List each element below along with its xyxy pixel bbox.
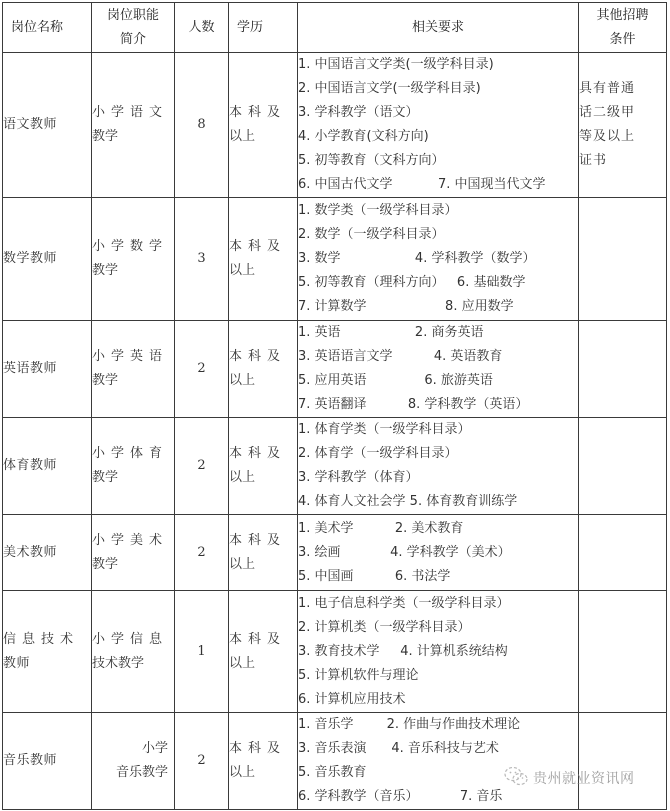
education: 本科及 以上 — [229, 198, 298, 321]
requirements: 1. 数学类（一级学科目录） 2. 数学（一级学科目录） 3. 数学 4. 学科… — [298, 198, 579, 321]
other-conditions — [579, 321, 667, 418]
function-line2: 技术教学 — [92, 652, 174, 676]
function-line1: 小学美术 — [92, 529, 174, 553]
function-line1: 小学信息 — [92, 628, 174, 652]
education-line1: 本科及 — [229, 529, 297, 553]
requirements: 1. 音乐学 2. 作曲与作曲技术理论 3. 音乐表演 4. 音乐科技与艺术 5… — [298, 713, 579, 810]
education-line2: 以上 — [229, 553, 297, 577]
other-condition-line: 等及以上 — [579, 125, 666, 149]
requirement-item: 3. 学科教学（体育） — [298, 466, 578, 490]
other-conditions — [579, 515, 667, 591]
requirements: 1. 英语 2. 商务英语 3. 英语语言文学 4. 英语教育 5. 应用英语 … — [298, 321, 579, 418]
requirement-item: 5. 中国画 6. 书法学 — [298, 565, 578, 589]
requirement-item: 2. 计算机类（一级学科目录） — [298, 616, 578, 640]
requirement-item: 2. 数学（一级学科目录） — [298, 223, 578, 247]
requirement-item: 6. 计算机应用技术 — [298, 688, 578, 712]
education-line1: 本科及 — [229, 737, 297, 761]
position-function: 小学体育 教学 — [92, 418, 175, 515]
position-name: 英语教师 — [3, 321, 92, 418]
other-conditions — [579, 591, 667, 713]
requirement-item: 1. 体育学类（一级学科目录） — [298, 418, 578, 442]
header-function: 岗位职能 简介 — [92, 3, 175, 53]
education-line2: 以上 — [229, 652, 297, 676]
position-function: 小学信息 技术教学 — [92, 591, 175, 713]
position-name: 数学教师 — [3, 198, 92, 321]
function-line1: 小学体育 — [92, 442, 174, 466]
table-row: 体育教师 小学体育 教学 2 本科及 以上 1. 体育学类（一级学科目录） 2.… — [3, 418, 667, 515]
table-row: 语文教师 小学语文 教学 8 本科及 以上 1. 中国语言文学类(一级学科目录)… — [3, 53, 667, 198]
header-other-line2: 条件 — [579, 28, 666, 52]
requirement-item: 4. 体育人文社会学 5. 体育教育训练学 — [298, 490, 578, 514]
requirement-item: 4. 小学教育(文科方向) — [298, 125, 578, 149]
position-function: 小学数学 教学 — [92, 198, 175, 321]
requirement-item: 2. 体育学（一级学科目录） — [298, 442, 578, 466]
table-row: 音乐教师 小学 音乐教学 2 本科及 以上 1. 音乐学 2. 作曲与作曲技术理… — [3, 713, 667, 810]
education: 本科及 以上 — [229, 321, 298, 418]
other-conditions — [579, 713, 667, 810]
position-function: 小学英语 教学 — [92, 321, 175, 418]
education-line2: 以上 — [229, 259, 297, 283]
requirement-item: 5. 初等教育（理科方向） 6. 基础数学 — [298, 271, 578, 295]
requirement-item: 1. 英语 2. 商务英语 — [298, 321, 578, 345]
position-function: 小学语文 教学 — [92, 53, 175, 198]
headcount: 2 — [175, 515, 229, 591]
function-line1: 小学英语 — [92, 345, 174, 369]
requirement-item: 5. 音乐教育 — [298, 761, 578, 785]
function-line2: 教学 — [92, 125, 174, 149]
headcount: 2 — [175, 321, 229, 418]
function-line1: 小学数学 — [92, 235, 174, 259]
requirement-item: 1. 美术学 2. 美术教育 — [298, 517, 578, 541]
requirement-item: 7. 计算数学 8. 应用数学 — [298, 295, 578, 319]
other-conditions: 具有普通 话二级甲 等及以上 证书 — [579, 53, 667, 198]
requirement-item: 6. 学科教学（音乐） 7. 音乐 — [298, 785, 578, 809]
education-line2: 以上 — [229, 369, 297, 393]
position-function: 小学 音乐教学 — [92, 713, 175, 810]
education: 本科及 以上 — [229, 53, 298, 198]
education-line1: 本科及 — [229, 345, 297, 369]
headcount: 2 — [175, 418, 229, 515]
headcount: 2 — [175, 713, 229, 810]
function-line2: 教学 — [92, 259, 174, 283]
table-row: 信息技术 教师 小学信息 技术教学 1 本科及 以上 1. 电子信息科学类（一级… — [3, 591, 667, 713]
education-line1: 本科及 — [229, 628, 297, 652]
education-line1: 本科及 — [229, 235, 297, 259]
education-line2: 以上 — [229, 761, 297, 785]
table-row: 英语教师 小学英语 教学 2 本科及 以上 1. 英语 2. 商务英语 3. 英… — [3, 321, 667, 418]
function-line2: 音乐教学 — [92, 761, 174, 785]
position-name: 美术教师 — [3, 515, 92, 591]
header-function-line2: 简介 — [92, 28, 174, 52]
function-line1: 小学语文 — [92, 101, 174, 125]
requirement-item: 2. 中国语言文学(一级学科目录) — [298, 77, 578, 101]
requirements: 1. 美术学 2. 美术教育 3. 绘画 4. 学科教学（美术） 5. 中国画 … — [298, 515, 579, 591]
position-function: 小学美术 教学 — [92, 515, 175, 591]
headcount: 3 — [175, 198, 229, 321]
education-line1: 本科及 — [229, 442, 297, 466]
education-line2: 以上 — [229, 125, 297, 149]
function-line2: 教学 — [92, 369, 174, 393]
function-line2: 教学 — [92, 553, 174, 577]
education: 本科及 以上 — [229, 515, 298, 591]
table-row: 数学教师 小学数学 教学 3 本科及 以上 1. 数学类（一级学科目录） 2. … — [3, 198, 667, 321]
requirement-item: 1. 电子信息科学类（一级学科目录） — [298, 592, 578, 616]
header-position-name: 岗位名称 — [3, 3, 92, 53]
other-condition-line: 证书 — [579, 149, 666, 173]
headcount: 1 — [175, 591, 229, 713]
table-row: 美术教师 小学美术 教学 2 本科及 以上 1. 美术学 2. 美术教育 3. … — [3, 515, 667, 591]
requirement-item: 1. 中国语言文学类(一级学科目录) — [298, 53, 578, 77]
education-line1: 本科及 — [229, 101, 297, 125]
requirement-item: 7. 英语翻译 8. 学科教学（英语） — [298, 393, 578, 417]
header-row: 岗位名称 岗位职能 简介 人数 学历 相关要求 其他招聘 条件 — [3, 3, 667, 53]
position-name: 音乐教师 — [3, 713, 92, 810]
requirement-item: 3. 英语语言文学 4. 英语教育 — [298, 345, 578, 369]
requirement-item: 5. 计算机软件与理论 — [298, 664, 578, 688]
header-requirements: 相关要求 — [298, 3, 579, 53]
requirement-item: 3. 音乐表演 4. 音乐科技与艺术 — [298, 737, 578, 761]
position-name: 信息技术 教师 — [3, 591, 92, 713]
requirements: 1. 体育学类（一级学科目录） 2. 体育学（一级学科目录） 3. 学科教学（体… — [298, 418, 579, 515]
requirement-item: 5. 应用英语 6. 旅游英语 — [298, 369, 578, 393]
other-condition-line: 具有普通 — [579, 77, 666, 101]
header-education: 学历 — [229, 3, 298, 53]
education: 本科及 以上 — [229, 418, 298, 515]
requirement-item: 3. 数学 4. 学科教学（数学） — [298, 247, 578, 271]
recruitment-table: 岗位名称 岗位职能 简介 人数 学历 相关要求 其他招聘 条件 语文教师 小学语… — [2, 2, 667, 810]
requirement-item: 1. 音乐学 2. 作曲与作曲技术理论 — [298, 713, 578, 737]
function-line2: 教学 — [92, 466, 174, 490]
requirement-item: 3. 绘画 4. 学科教学（美术） — [298, 541, 578, 565]
requirement-item: 1. 数学类（一级学科目录） — [298, 199, 578, 223]
header-function-line1: 岗位职能 — [92, 4, 174, 28]
function-line1: 小学 — [92, 737, 174, 761]
requirement-item: 3. 学科教学（语文） — [298, 101, 578, 125]
requirement-item: 5. 初等教育（文科方向） — [298, 149, 578, 173]
headcount: 8 — [175, 53, 229, 198]
header-other: 其他招聘 条件 — [579, 3, 667, 53]
position-name: 语文教师 — [3, 53, 92, 198]
other-conditions — [579, 198, 667, 321]
header-other-line1: 其他招聘 — [579, 4, 666, 28]
education: 本科及 以上 — [229, 713, 298, 810]
requirement-item: 3. 教育技术学 4. 计算机系统结构 — [298, 640, 578, 664]
position-name-line1: 信息技术 — [3, 628, 91, 652]
position-name-line2: 教师 — [3, 652, 91, 676]
other-condition-line: 话二级甲 — [579, 101, 666, 125]
other-conditions — [579, 418, 667, 515]
education-line2: 以上 — [229, 466, 297, 490]
requirements: 1. 中国语言文学类(一级学科目录) 2. 中国语言文学(一级学科目录) 3. … — [298, 53, 579, 198]
education: 本科及 以上 — [229, 591, 298, 713]
requirement-item: 6. 中国古代文学 7. 中国现当代文学 — [298, 173, 578, 197]
position-name: 体育教师 — [3, 418, 92, 515]
header-count: 人数 — [175, 3, 229, 53]
requirements: 1. 电子信息科学类（一级学科目录） 2. 计算机类（一级学科目录） 3. 教育… — [298, 591, 579, 713]
